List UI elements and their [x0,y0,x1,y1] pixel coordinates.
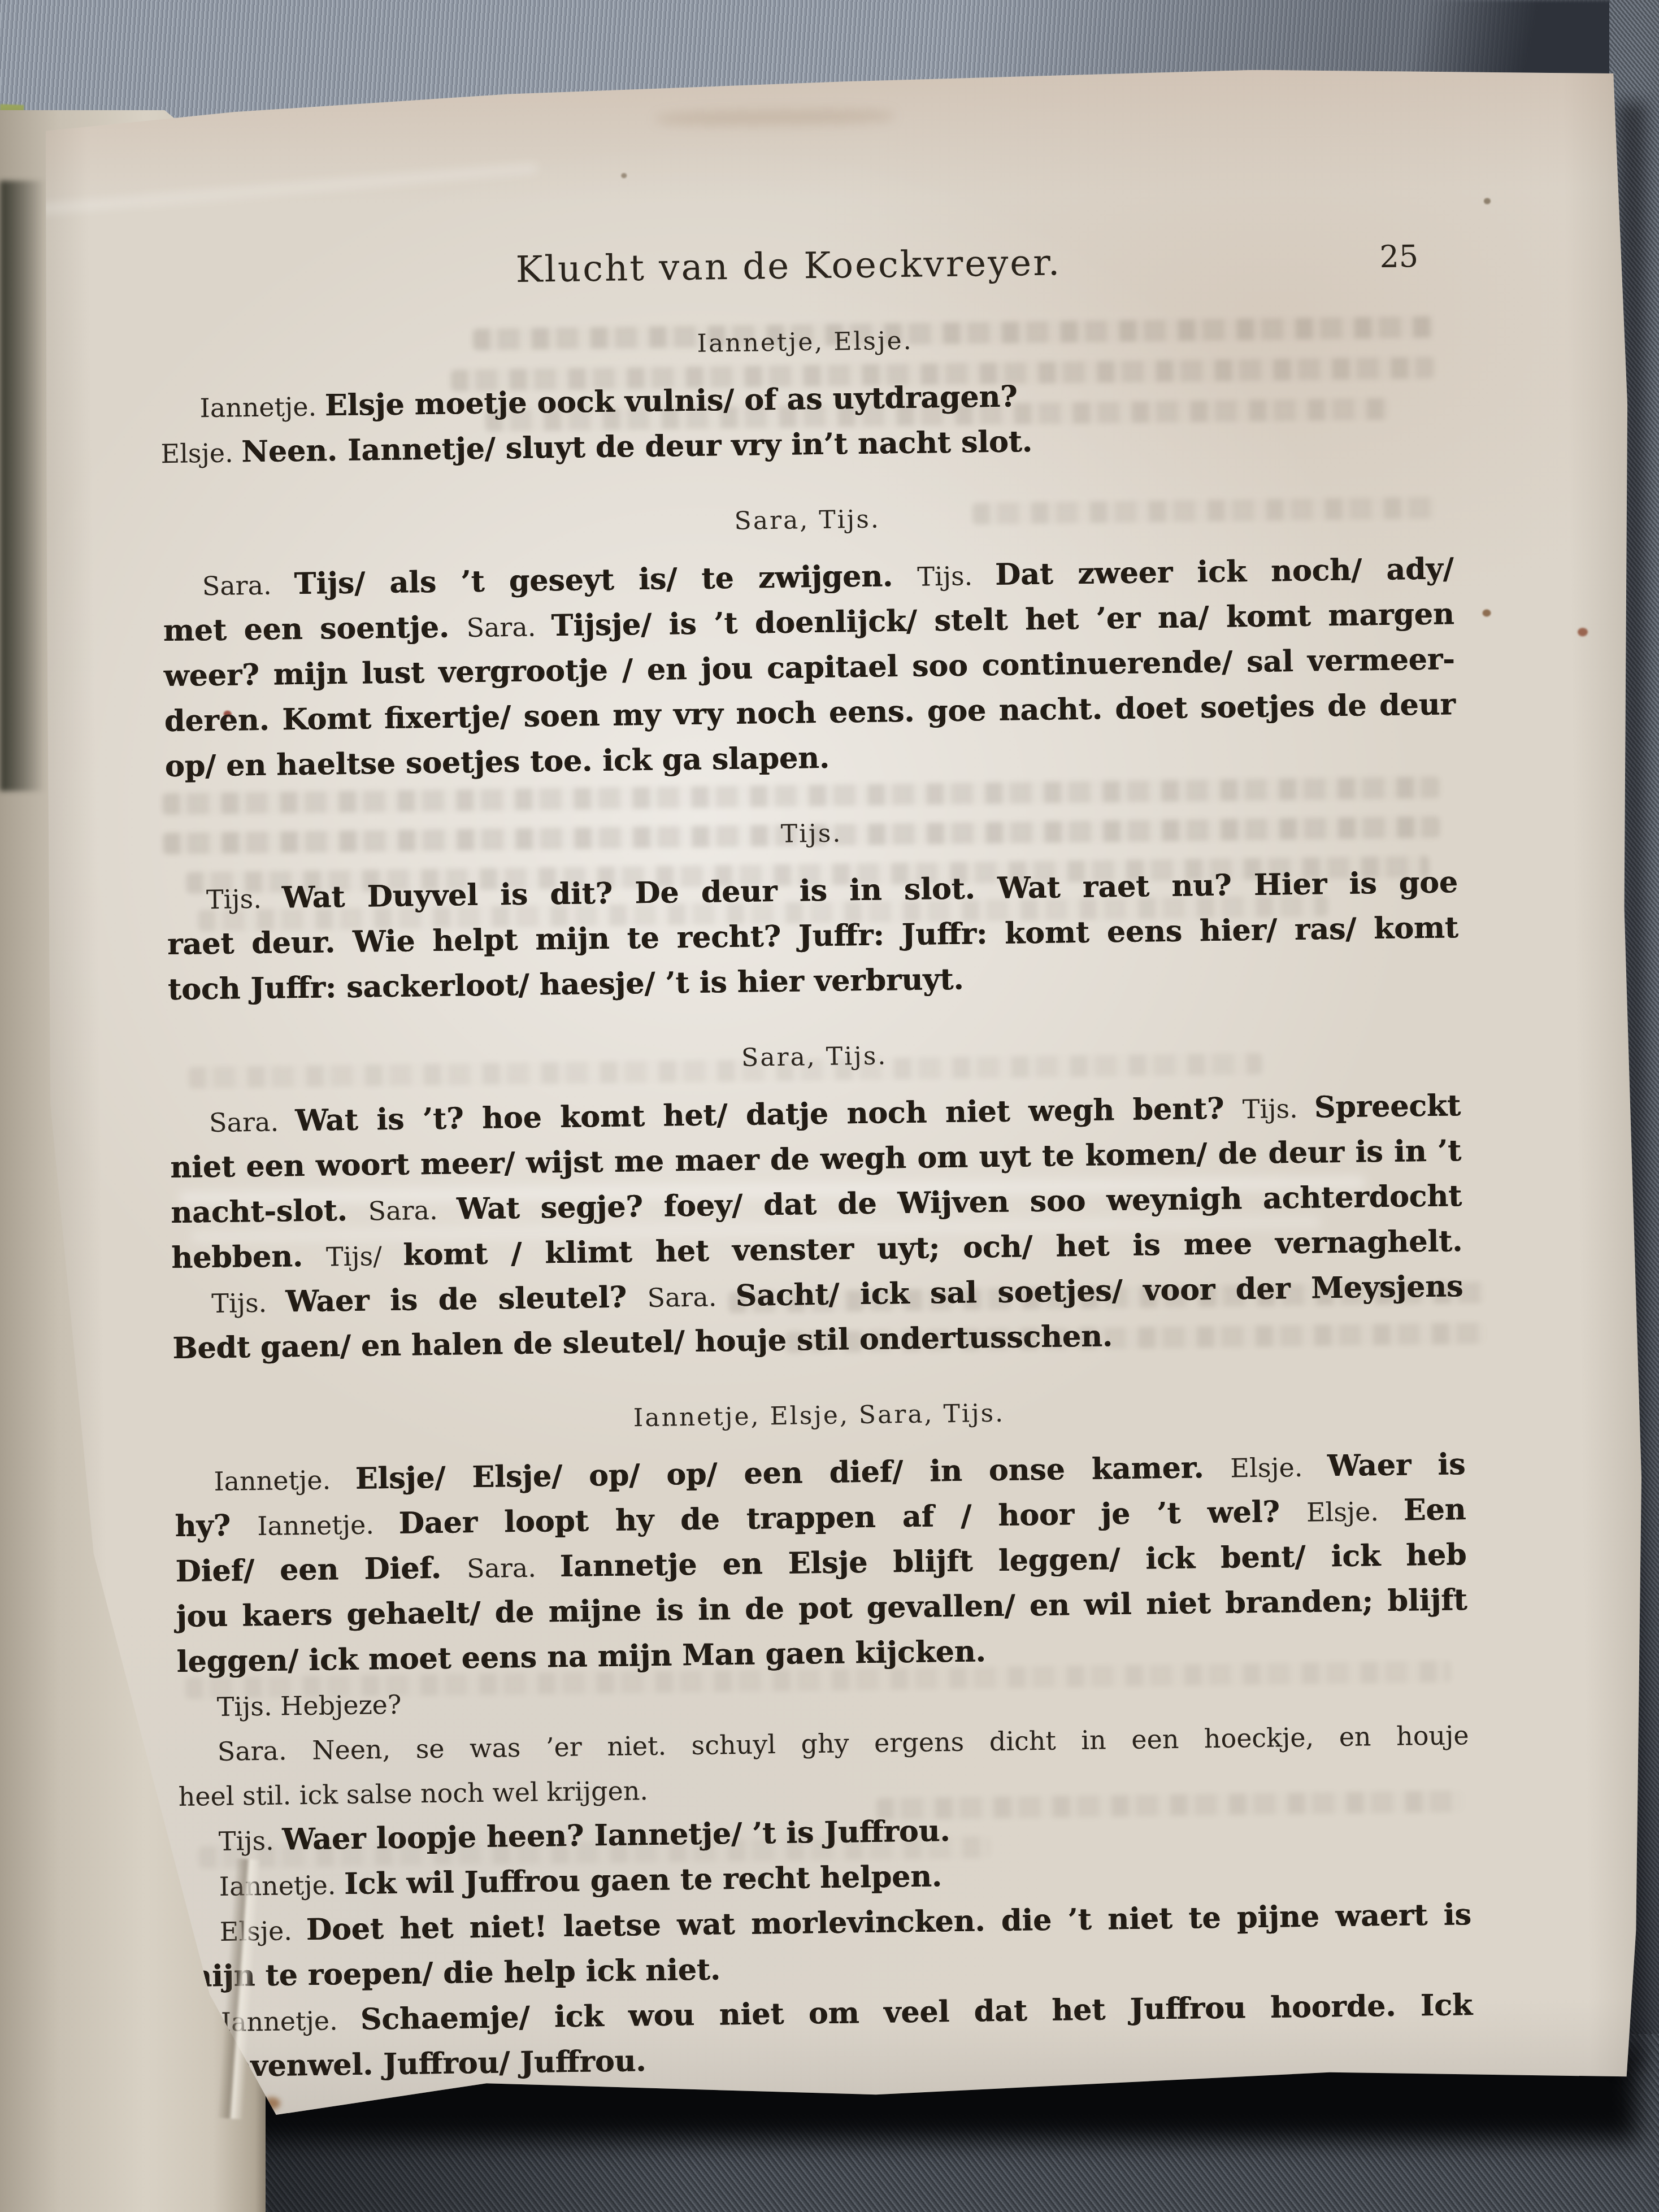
roman-segment: Tijs. [218,1826,282,1857]
blackletter-segment: Elsje moetje oock vulnis/ of as uytdrage… [324,379,1017,423]
printed-text-area: Klucht van de Koeckvreyer. 25 Iannetje, … [158,237,1474,2140]
text-body: Iannetje, Elsje.Iannetje. Elsje moetje o… [159,318,1474,2093]
roman-segment: Iannetje. [214,1464,355,1497]
blackletter-segment: Wat is ’t? hoe komt het/ datje noch niet… [295,1091,1243,1138]
photo-of-book-page: { "colors":{"paper":"#dcd5ca","ink":"#22… [0,0,1659,2212]
book-page: Klucht van de Koeckvreyer. 25 Iannetje, … [6,65,1654,2143]
blackletter-segment: hebben. [171,1238,326,1275]
blackletter-segment: Elsje/ Elsje/ op/ op/ een dief/ in onse … [355,1450,1230,1496]
roman-segment: Elsje. [160,437,241,469]
blackletter-segment: Waer is de sleutel? [285,1280,648,1319]
blackletter-segment: met een soentje. [163,610,467,648]
brown-stain [1482,609,1491,616]
rust-stain [1578,628,1588,636]
roman-segment: Tijs. [917,560,995,592]
blackletter-segment: Sacht/ ick sal soetjes/ voor der Meysjen… [735,1269,1463,1313]
binding-shadow [0,181,45,791]
roman-segment: Elsje. [1230,1452,1327,1483]
scene-heading: Sara, Tijs. [162,496,1453,544]
roman-segment: Tijs. [211,1287,286,1319]
roman-segment: Sara. [467,1552,560,1584]
roman-segment: Iannetje. [199,391,325,423]
blackletter-segment: Waer is [1327,1447,1466,1483]
blackletter-segment: Wat Duyvel is dit? De deur is in slot. W… [281,865,1458,915]
blackletter-segment: hy? [175,1508,258,1544]
scene-heading: Tijs. [166,810,1457,858]
blackletter-segment: op/ en haeltse soetjes toe. ick ga slape… [164,741,829,784]
roman-segment: Tijs. Hebjeze? [216,1689,402,1722]
roman-segment: Sara. [209,1106,296,1138]
roman-segment: Iannetje. [257,1509,399,1541]
page-number: 25 [1379,238,1419,275]
roman-segment: Tijs. [206,883,282,915]
blackletter-segment: Spreeckt [1314,1088,1461,1124]
blackletter-segment: toch Juffr: sackerloot/ haesje/ ’t is hi… [168,962,964,1007]
page-title: Klucht van de Koeckvreyer. [127,237,1450,296]
blackletter-segment: Waer loopje heen? Iannetje/ ’t is Juffro… [282,1814,950,1857]
roman-segment: heel stil. ick salse noch wel krijgen. [178,1775,648,1812]
blackletter-segment: Tijs/ als ’t geseyt is/ te zwijgen. [294,559,918,601]
blackletter-segment: Neen. Iannetje/ sluyt de deur vry in’t n… [241,424,1032,469]
blackletter-segment: leggen/ ick moet eens na mijn Man gaen k… [176,1634,986,1679]
fleck [621,173,627,178]
roman-segment: Elsje. [1306,1496,1404,1528]
roman-segment: Sara. [466,611,551,643]
roman-segment: Tijs/ [326,1241,403,1272]
blackletter-segment: Ick wil Juffrou gaen te recht helpen. [344,1859,943,1901]
blackletter-segment: Dat zweer ick noch/ ady/ [995,551,1454,592]
blackletter-segment: Een [1403,1492,1466,1527]
scene-heading: Sara, Tijs. [168,1033,1460,1081]
running-header: Klucht van de Koeckvreyer. 25 [158,237,1450,301]
scene-heading: Iannetje, Elsje. [159,318,1451,366]
roman-segment: Sara. [647,1281,736,1313]
blackletter-segment: Dief/ een Dief. [175,1550,467,1589]
smudge [657,108,894,126]
fleck [1484,198,1491,204]
blackletter-segment: nacht-slot. [171,1193,368,1230]
roman-segment: Tijs. [1242,1093,1314,1125]
paper-crease [31,163,538,214]
roman-segment: Sara. [202,570,294,601]
blackletter-segment: mijn te roepen/ die help ick niet. [181,1952,721,1993]
scene-heading: Iannetje, Elsje, Sara, Tijs. [173,1392,1465,1440]
roman-segment: Sara. [368,1194,457,1226]
